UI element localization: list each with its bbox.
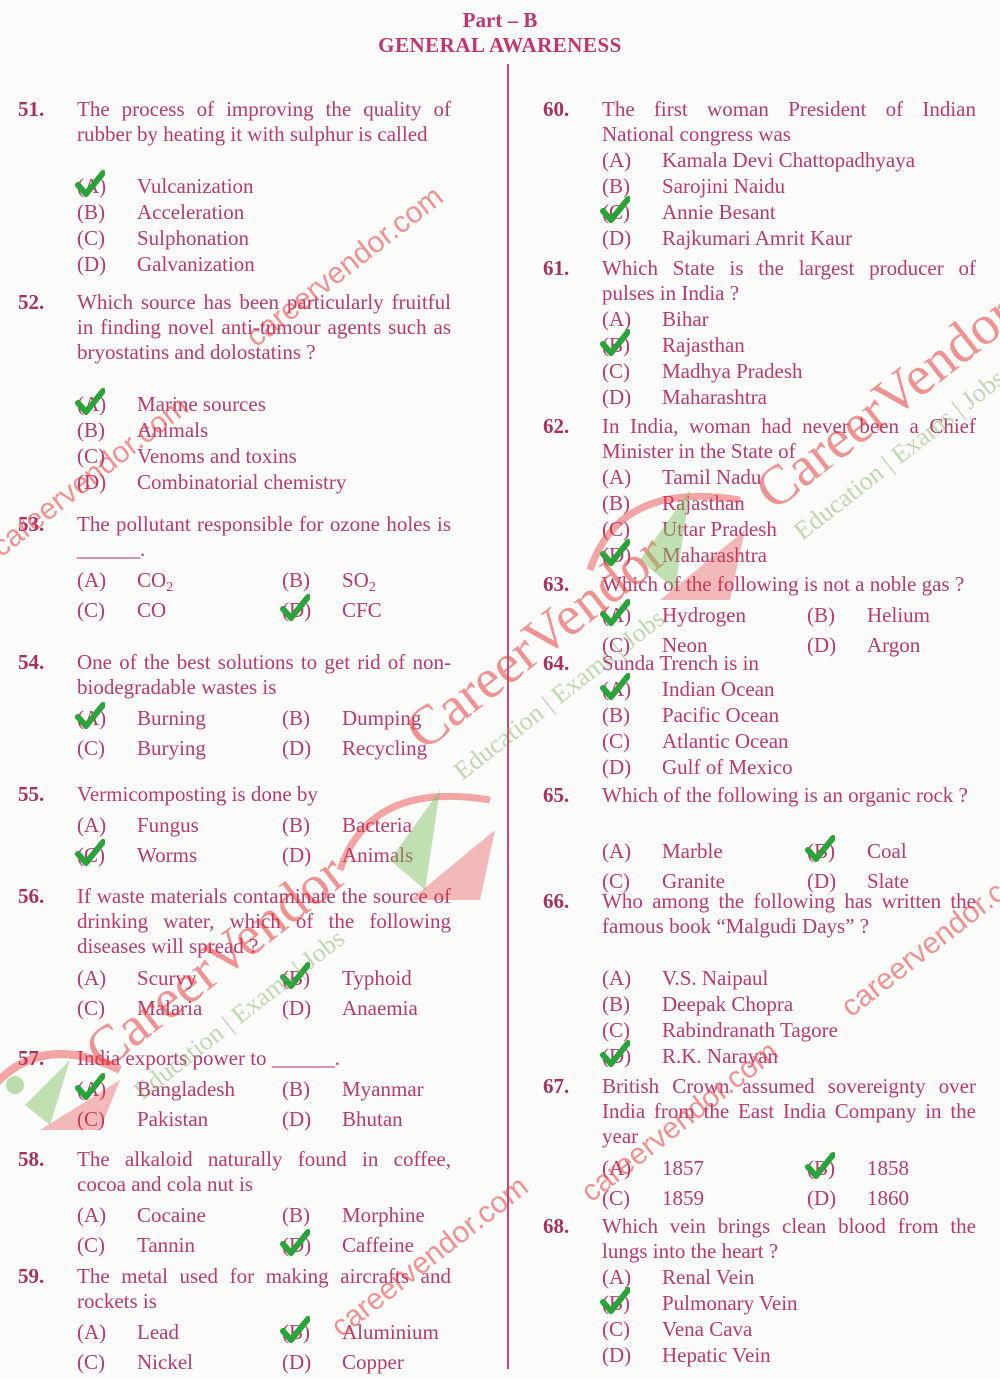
- option-a[interactable]: (A)Marble: [602, 839, 723, 864]
- option-text: Marble: [662, 839, 723, 863]
- option-b[interactable]: (B)1858: [807, 1156, 909, 1181]
- option-text: 1858: [867, 1156, 909, 1180]
- option-label: (C): [602, 1186, 662, 1211]
- option-label: (A): [77, 813, 137, 838]
- option-label: (D): [77, 470, 137, 495]
- question-number: 61.: [543, 256, 569, 281]
- option-text: Deepak Chopra: [662, 992, 793, 1016]
- option-label: (C): [77, 444, 137, 469]
- part-title: Part – B: [0, 8, 1000, 32]
- option-text: Helium: [867, 603, 930, 627]
- option-label: (A): [602, 966, 662, 991]
- option-a[interactable]: (A)Vulcanization: [77, 174, 254, 199]
- option-b[interactable]: (B)Helium: [807, 603, 930, 628]
- option-label: (B): [807, 603, 867, 628]
- option-label: (B): [602, 992, 662, 1017]
- question-number: 60.: [543, 97, 569, 122]
- option-label: (C): [77, 736, 137, 761]
- question-number: 54.: [18, 650, 44, 675]
- option-d[interactable]: (D)1860: [807, 1186, 909, 1211]
- option-c[interactable]: (C)Rabindranath Tagore: [602, 1018, 838, 1043]
- question-number: 58.: [18, 1147, 44, 1172]
- option-b[interactable]: (B)SO2: [282, 568, 376, 593]
- option-label: (A): [602, 677, 662, 702]
- option-text: Burying: [137, 736, 206, 760]
- option-text: Acceleration: [137, 200, 244, 224]
- option-text: Rabindranath Tagore: [662, 1018, 838, 1042]
- option-text: Galvanization: [137, 252, 255, 276]
- question-stem: The process of improving the quality of …: [77, 97, 451, 147]
- option-label: (D): [282, 736, 342, 761]
- option-a[interactable]: (A)Scurvy: [77, 966, 197, 991]
- option-label: (B): [282, 1203, 342, 1228]
- option-b[interactable]: (B)Pacific Ocean: [602, 703, 779, 728]
- question-stem: The pollutant responsible for ozone hole…: [77, 512, 451, 562]
- option-c[interactable]: (C)CO: [77, 598, 166, 623]
- option-label: (C): [602, 200, 662, 225]
- option-text: Cocaine: [137, 1203, 206, 1227]
- option-d[interactable]: (D)Galvanization: [77, 252, 255, 277]
- question-number: 66.: [543, 889, 569, 914]
- question-stem: The first woman President of Indian Nati…: [602, 97, 976, 147]
- question-stem: India exports power to ______.: [77, 1046, 451, 1071]
- question-stem: Sunda Trench is in: [602, 651, 976, 676]
- option-text: Coal: [867, 839, 907, 863]
- option-text: Maharashtra: [662, 385, 767, 409]
- option-text: SO2: [342, 568, 376, 592]
- option-label: (B): [807, 1156, 867, 1181]
- option-c[interactable]: (C)Venoms and toxins: [77, 444, 297, 469]
- question-number: 56.: [18, 884, 44, 909]
- option-text: Dumping: [342, 706, 421, 730]
- option-text: Burning: [137, 706, 206, 730]
- question-stem: The alkaloid naturally found in coffee, …: [77, 1147, 451, 1197]
- option-text: 1857: [662, 1156, 704, 1180]
- question-number: 68.: [543, 1214, 569, 1239]
- option-text: Madhya Pradesh: [662, 359, 803, 383]
- option-d[interactable]: (D)CFC: [282, 598, 382, 623]
- watermark-logo-icon: [330, 770, 500, 910]
- option-text: Caffeine: [342, 1233, 414, 1257]
- option-a[interactable]: (A)Fungus: [77, 813, 199, 838]
- option-b[interactable]: (B)Aluminium: [282, 1320, 439, 1345]
- option-text: Marine sources: [137, 392, 266, 416]
- option-c[interactable]: (C)Burying: [77, 736, 206, 761]
- question-stem: In India, woman had never been a Chief M…: [602, 414, 976, 464]
- option-text: Nickel: [137, 1350, 193, 1374]
- option-label: (A): [602, 307, 662, 332]
- option-text: Sulphonation: [137, 226, 249, 250]
- option-text: Pakistan: [137, 1107, 208, 1131]
- option-label: (B): [282, 1320, 342, 1345]
- option-d[interactable]: (D)Rajkumari Amrit Kaur: [602, 226, 852, 251]
- option-b[interactable]: (B)Acceleration: [77, 200, 244, 225]
- option-text: Bangladesh: [137, 1077, 235, 1101]
- option-label: (B): [807, 839, 867, 864]
- option-a[interactable]: (A)Kamala Devi Chattopadhyaya: [602, 148, 915, 173]
- option-label: (C): [602, 729, 662, 754]
- option-label: (D): [282, 1107, 342, 1132]
- question-stem: Which State is the largest producer of p…: [602, 256, 976, 306]
- question-number: 59.: [18, 1264, 44, 1289]
- option-label: (C): [77, 1233, 137, 1258]
- option-text: Vena Cava: [662, 1317, 752, 1341]
- option-c[interactable]: (C)Nickel: [77, 1350, 193, 1375]
- option-d[interactable]: (D)Hepatic Vein: [602, 1343, 771, 1368]
- option-a[interactable]: (A)1857: [602, 1156, 704, 1181]
- option-b[interactable]: (B)Sarojini Naidu: [602, 174, 785, 199]
- option-d[interactable]: (D)Maharashtra: [602, 385, 767, 410]
- option-c[interactable]: (C)Malaria: [77, 996, 202, 1021]
- question-stem: Who among the following has written the …: [602, 889, 976, 939]
- option-label: (C): [77, 226, 137, 251]
- option-label: (B): [602, 1291, 662, 1316]
- option-text: Myanmar: [342, 1077, 424, 1101]
- option-text: Typhoid: [342, 966, 412, 990]
- option-label: (C): [602, 1317, 662, 1342]
- option-label: (C): [77, 996, 137, 1021]
- option-text: Indian Ocean: [662, 677, 775, 701]
- option-c[interactable]: (C)Worms: [77, 843, 197, 868]
- option-text: Rajkumari Amrit Kaur: [662, 226, 852, 250]
- option-d[interactable]: (D)Combinatorial chemistry: [77, 470, 346, 495]
- question-stem: Which source has been particularly fruit…: [77, 290, 451, 365]
- option-text: Bhutan: [342, 1107, 403, 1131]
- question-stem: Which of the following is an organic roc…: [602, 783, 976, 808]
- option-text: Pulmonary Vein: [662, 1291, 798, 1315]
- option-label: (A): [602, 1156, 662, 1181]
- option-label: (A): [602, 1265, 662, 1290]
- option-text: Annie Besant: [662, 200, 776, 224]
- option-label: (B): [282, 966, 342, 991]
- option-label: (D): [602, 226, 662, 251]
- option-text: Recycling: [342, 736, 427, 760]
- option-label: (C): [77, 843, 137, 868]
- option-label: (C): [77, 598, 137, 623]
- option-label: (A): [77, 1203, 137, 1228]
- option-c[interactable]: (C)1859: [602, 1186, 704, 1211]
- option-label: (C): [77, 1350, 137, 1375]
- option-label: (A): [77, 966, 137, 991]
- option-d[interactable]: (D)Caffeine: [282, 1233, 414, 1258]
- option-label: (B): [282, 706, 342, 731]
- question-stem: The metal used for making aircrafts and …: [77, 1264, 451, 1314]
- option-text: Venoms and toxins: [137, 444, 297, 468]
- option-a[interactable]: (A)Cocaine: [77, 1203, 206, 1228]
- question-number: 64.: [543, 651, 569, 676]
- option-label: (D): [282, 1233, 342, 1258]
- option-c[interactable]: (C)Madhya Pradesh: [602, 359, 803, 384]
- option-a[interactable]: (A)Indian Ocean: [602, 677, 775, 702]
- option-c[interactable]: (C)Tannin: [77, 1233, 195, 1258]
- option-label: (D): [602, 755, 662, 780]
- option-label: (D): [282, 598, 342, 623]
- option-text: Copper: [342, 1350, 404, 1374]
- option-label: (B): [282, 1077, 342, 1102]
- option-text: R.K. Narayan: [662, 1044, 778, 1068]
- option-label: (B): [77, 200, 137, 225]
- question-stem: Which vein brings clean blood from the l…: [602, 1214, 976, 1264]
- option-a[interactable]: (A)Marine sources: [77, 392, 266, 417]
- option-text: Animals: [137, 418, 208, 442]
- option-label: (A): [77, 568, 137, 593]
- question-number: 52.: [18, 290, 44, 315]
- page-header: Part – B GENERAL AWARENESS: [0, 8, 1000, 58]
- option-text: Scurvy: [137, 966, 197, 990]
- option-label: (C): [602, 359, 662, 384]
- option-b[interactable]: (B)Myanmar: [282, 1077, 424, 1102]
- option-c[interactable]: (C)Sulphonation: [77, 226, 249, 251]
- option-b[interactable]: (B)Typhoid: [282, 966, 412, 991]
- option-text: Malaria: [137, 996, 202, 1020]
- option-text: Rajasthan: [662, 333, 745, 357]
- option-label: (A): [77, 706, 137, 731]
- option-text: 1859: [662, 1186, 704, 1210]
- watermark-brand: CareerVendor: [743, 281, 1000, 523]
- option-text: Lead: [137, 1320, 179, 1344]
- option-text: Worms: [137, 843, 197, 867]
- question-number: 63.: [543, 572, 569, 597]
- option-label: (A): [602, 148, 662, 173]
- option-label: (D): [282, 996, 342, 1021]
- option-text: CFC: [342, 598, 382, 622]
- option-label: (B): [282, 568, 342, 593]
- option-d[interactable]: (D)R.K. Narayan: [602, 1044, 778, 1069]
- option-d[interactable]: (D)Bhutan: [282, 1107, 403, 1132]
- option-d[interactable]: (D)Copper: [282, 1350, 404, 1375]
- question-stem: British Crown assumed sovereignty over I…: [602, 1074, 976, 1149]
- option-text: Bihar: [662, 307, 709, 331]
- option-text: Tannin: [137, 1233, 195, 1257]
- option-text: Aluminium: [342, 1320, 439, 1344]
- option-b[interactable]: (B)Coal: [807, 839, 907, 864]
- question-number: 53.: [18, 512, 44, 537]
- option-text: Anaemia: [342, 996, 418, 1020]
- option-c[interactable]: (C)Vena Cava: [602, 1317, 752, 1342]
- option-d[interactable]: (D)Anaemia: [282, 996, 418, 1021]
- option-label: (A): [602, 839, 662, 864]
- question-number: 51.: [18, 97, 44, 122]
- option-text: Hepatic Vein: [662, 1343, 771, 1367]
- option-text: Morphine: [342, 1203, 425, 1227]
- option-text: Sarojini Naidu: [662, 174, 785, 198]
- option-text: 1860: [867, 1186, 909, 1210]
- question-number: 65.: [543, 783, 569, 808]
- option-text: Pacific Ocean: [662, 703, 779, 727]
- option-text: Vulcanization: [137, 174, 254, 198]
- question-number: 62.: [543, 414, 569, 439]
- option-b[interactable]: (B)Animals: [77, 418, 208, 443]
- option-c[interactable]: (C)Annie Besant: [602, 200, 776, 225]
- option-label: (A): [77, 174, 137, 199]
- option-a[interactable]: (A)Bihar: [602, 307, 709, 332]
- option-b[interactable]: (B)Rajasthan: [602, 333, 745, 358]
- option-label: (D): [807, 1186, 867, 1211]
- option-a[interactable]: (A)Burning: [77, 706, 206, 731]
- option-label: (B): [602, 703, 662, 728]
- option-label: (A): [77, 392, 137, 417]
- column-divider: [507, 64, 509, 1369]
- option-text: Renal Vein: [662, 1265, 754, 1289]
- option-b[interactable]: (B)Deepak Chopra: [602, 992, 793, 1017]
- question-number: 55.: [18, 782, 44, 807]
- option-label: (D): [77, 252, 137, 277]
- option-label: (D): [602, 1343, 662, 1368]
- option-text: Atlantic Ocean: [662, 729, 789, 753]
- option-a[interactable]: (A)V.S. Naipaul: [602, 966, 768, 991]
- option-label: (A): [77, 1320, 137, 1345]
- option-a[interactable]: (A)Renal Vein: [602, 1265, 754, 1290]
- option-label: (D): [282, 1350, 342, 1375]
- option-text: Combinatorial chemistry: [137, 470, 346, 494]
- watermark-logo-icon: [580, 470, 750, 610]
- option-label: (B): [602, 333, 662, 358]
- option-d[interactable]: (D)Gulf of Mexico: [602, 755, 793, 780]
- option-label: (D): [602, 385, 662, 410]
- option-label: (B): [602, 174, 662, 199]
- option-b[interactable]: (B)Morphine: [282, 1203, 425, 1228]
- option-text: Gulf of Mexico: [662, 755, 793, 779]
- question-number: 67.: [543, 1074, 569, 1099]
- option-a[interactable]: (A)Lead: [77, 1320, 179, 1345]
- watermark-logo-icon: [0, 1030, 130, 1140]
- section-title: GENERAL AWARENESS: [0, 32, 1000, 58]
- option-b[interactable]: (B)Dumping: [282, 706, 421, 731]
- option-a[interactable]: (A)CO2: [77, 568, 173, 593]
- option-text: Fungus: [137, 813, 199, 837]
- option-d[interactable]: (D)Recycling: [282, 736, 427, 761]
- question-stem: One of the best solutions to get rid of …: [77, 650, 451, 700]
- option-label: (B): [77, 418, 137, 443]
- option-text: V.S. Naipaul: [662, 966, 768, 990]
- option-text: Kamala Devi Chattopadhyaya: [662, 148, 915, 172]
- option-label: (C): [602, 1018, 662, 1043]
- option-label: (D): [602, 1044, 662, 1069]
- option-b[interactable]: (B)Pulmonary Vein: [602, 1291, 798, 1316]
- option-text: CO: [137, 598, 166, 622]
- option-c[interactable]: (C)Atlantic Ocean: [602, 729, 789, 754]
- option-text: CO2: [137, 568, 173, 592]
